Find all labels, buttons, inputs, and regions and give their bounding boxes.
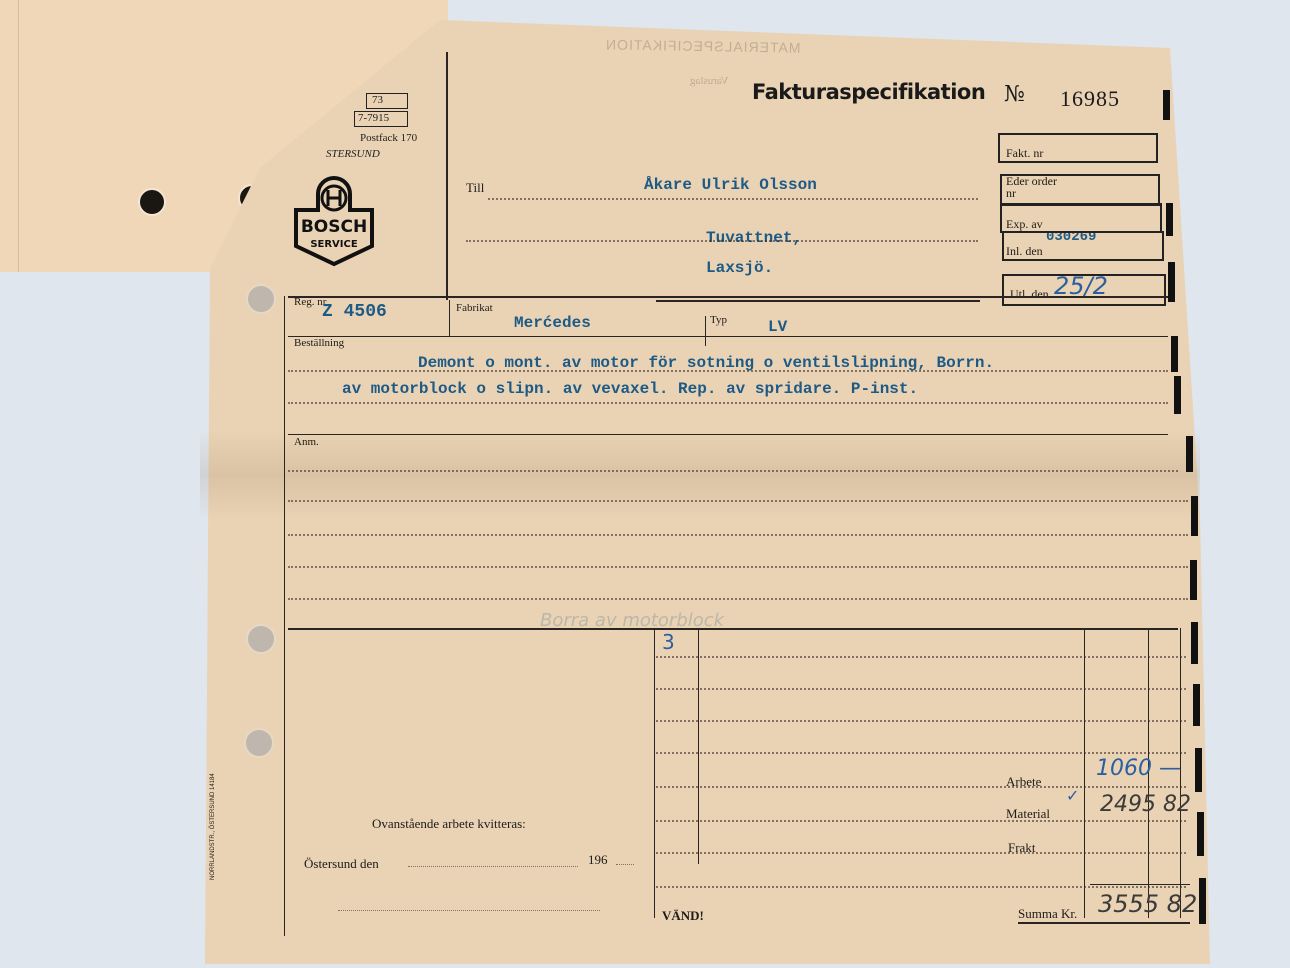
type-value: LV xyxy=(768,318,787,336)
receipt-place: Östersund den xyxy=(304,856,379,872)
phone-2: 7-7915 xyxy=(358,112,389,124)
printer-mark: NORRLANDSTR., ÖSTERSUND 14184 xyxy=(210,773,216,880)
edge-marker xyxy=(1171,336,1178,372)
labor-label: Arbete xyxy=(1006,774,1041,790)
svg-text:SERVICE: SERVICE xyxy=(310,239,358,250)
recipient-line3: Laxsjö. xyxy=(706,259,773,277)
labor-value: 1060 — xyxy=(1096,756,1181,781)
till-label: Till xyxy=(466,180,484,196)
dotted-line xyxy=(656,688,1186,690)
freight-label: Frakt xyxy=(1008,840,1035,856)
order-line-2: av motorblock o slipn. av vevaxel. Rep. … xyxy=(342,380,918,398)
fakt-nr-label: Fakt. nr xyxy=(1006,146,1043,161)
inl-den-label: Inl. den xyxy=(1006,244,1043,259)
utl-den-label: Utl. den xyxy=(1010,287,1049,302)
sum-top-rule xyxy=(1090,884,1190,885)
edge-marker xyxy=(1168,262,1175,302)
material-label: Material xyxy=(1006,806,1050,822)
dotted-line xyxy=(488,198,978,200)
dotted-line xyxy=(288,534,1188,536)
edge-marker xyxy=(1193,684,1200,726)
document-number: 16985 xyxy=(1060,86,1120,112)
dotted-line xyxy=(288,470,1178,472)
punch-hole xyxy=(246,624,276,654)
dotted-line xyxy=(656,886,1186,888)
sum-label: Summa Kr. xyxy=(1018,906,1077,922)
dotted-line xyxy=(656,752,1186,754)
dotted-line xyxy=(656,852,1186,854)
vehicle-top-rule xyxy=(288,296,1168,298)
turn-label: VÄND! xyxy=(662,908,704,924)
recipient-name: Åkare Ulrik Olsson xyxy=(644,176,817,194)
dotted-line xyxy=(466,240,978,242)
material-value: 2495 82 xyxy=(1100,792,1191,817)
punch-hole xyxy=(138,188,166,216)
dotted-line xyxy=(656,820,1186,822)
edge-marker xyxy=(1166,203,1173,236)
order-bottom-rule xyxy=(288,434,1168,435)
edge-marker xyxy=(1163,90,1170,120)
edge-marker xyxy=(1186,436,1193,472)
dotted-line xyxy=(288,500,1188,502)
type-label: Typ xyxy=(710,314,727,326)
dotted-line xyxy=(288,402,1168,404)
phone-1: 73 xyxy=(372,94,383,106)
document-title: Fakturaspecifikation xyxy=(752,80,985,104)
order-label: Beställning xyxy=(294,337,344,349)
edge-marker xyxy=(1191,496,1198,536)
signature-line xyxy=(338,910,600,911)
dotted-line xyxy=(288,598,1188,600)
header-divider xyxy=(446,52,448,300)
city: STERSUND xyxy=(326,148,380,160)
edge-marker xyxy=(1190,560,1197,600)
make-label: Fabrikat xyxy=(456,302,493,314)
mirrored-sub: Varuslag xyxy=(690,75,729,87)
exp-av-label: Exp. av xyxy=(1006,217,1043,232)
svg-text:BOSCH: BOSCH xyxy=(301,217,367,237)
items-divider xyxy=(698,628,699,864)
edge-marker xyxy=(1197,812,1204,856)
receipt-year: 196 xyxy=(588,852,608,868)
receipt-text: Ovanstående arbete kvitteras: xyxy=(372,816,526,832)
punch-hole xyxy=(244,728,274,758)
address: Postfack 170 xyxy=(360,132,417,144)
recipient-line2: Tuvattnet, xyxy=(706,229,802,247)
number-sign: № xyxy=(1004,82,1025,107)
make-value: Merćedes xyxy=(514,314,591,332)
vehicle-divider xyxy=(449,300,450,336)
dotted-line xyxy=(288,370,1168,372)
year-dotted-line xyxy=(616,864,634,865)
edge-marker xyxy=(1199,878,1206,924)
remarks-label: Anm. xyxy=(294,436,319,448)
back-sheet-fold xyxy=(18,0,19,272)
sum-underline xyxy=(1018,922,1190,924)
punch-hole xyxy=(246,284,276,314)
dotted-line xyxy=(288,566,1188,568)
edge-marker xyxy=(1191,622,1198,664)
sum-value: 3555 82 xyxy=(1098,890,1197,918)
totals-divider xyxy=(1084,628,1085,918)
dotted-line xyxy=(656,786,1186,788)
items-top-rule xyxy=(288,628,1178,630)
items-divider xyxy=(654,628,655,918)
form-left-border xyxy=(284,296,285,936)
order-nr-label: Eder order nr xyxy=(1006,175,1066,199)
check-mark: ✓ xyxy=(1066,786,1079,805)
date-dotted-line xyxy=(408,866,578,867)
edge-marker xyxy=(1195,748,1202,792)
items-count: 3 xyxy=(662,630,675,654)
reg-value: Z 4506 xyxy=(322,302,387,322)
vehicle-bottom-rule xyxy=(288,336,1168,337)
edge-marker xyxy=(1174,376,1181,414)
vehicle-divider xyxy=(705,316,706,346)
address-underline xyxy=(656,300,980,302)
bosch-service-logo: BOSCH SERVICE xyxy=(288,176,380,268)
dotted-line xyxy=(656,720,1186,722)
dotted-line xyxy=(656,656,1186,658)
mirrored-header: MATERIALSPECIFIKATION xyxy=(605,36,801,55)
